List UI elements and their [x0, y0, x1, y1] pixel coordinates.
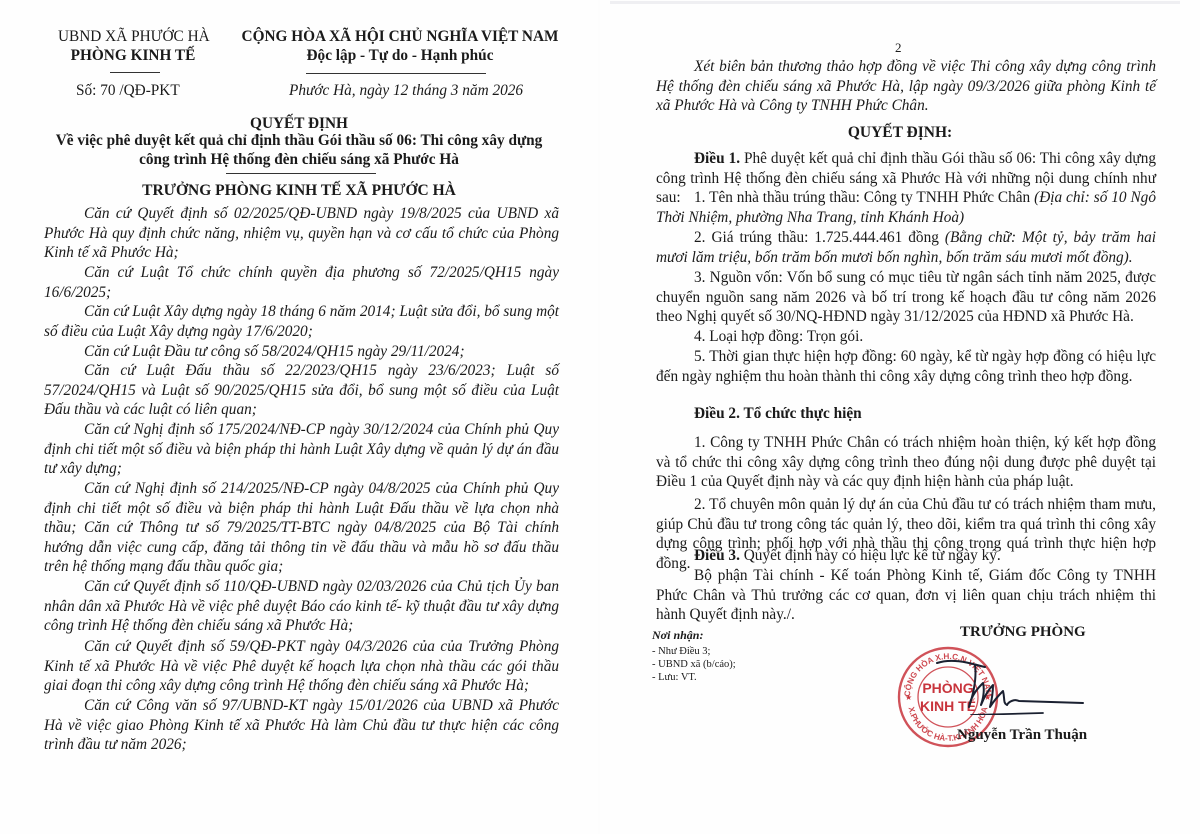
legal-basis-text: Căn cứ Luật Đầu tư công số 58/2024/QH15 … — [84, 343, 465, 360]
legal-basis-paragraph: Căn cứ Luật Đấu thầu số 22/2023/QH15 ngà… — [44, 361, 559, 420]
article-1-item-text: 1. Tên nhà thầu trúng thầu: Công ty TNHH… — [694, 189, 1034, 206]
document-page-1: UBND XÃ PHƯỚC HÀ PHÒNG KINH TẾ CỘNG HÒA … — [0, 0, 598, 834]
article-1-item-text: 4. Loại hợp đồng: Trọn gói. — [694, 328, 863, 345]
legal-basis-text: Căn cứ Luật Đấu thầu số 22/2023/QH15 ngà… — [44, 362, 559, 418]
article-1-item: 2. Giá trúng thầu: 1.725.444.461 đồng (B… — [656, 228, 1156, 267]
legal-basis-paragraph: Căn cứ Công văn số 97/UBND-KT ngày 15/01… — [44, 696, 559, 755]
document-title: QUYẾT ĐỊNH — [0, 115, 598, 133]
article-2-heading: Điều 2. Tổ chức thực hiện — [656, 404, 1156, 424]
legal-basis-paragraph: Căn cứ Quyết định số 59/QĐ-PKT ngày 04/3… — [44, 637, 559, 696]
document-number: Số: 70 /QĐ-PKT — [76, 82, 180, 100]
header-rule-left — [110, 72, 160, 73]
article-2-label: Điều 2. Tổ chức thực hiện — [694, 405, 862, 422]
article-2-item-1: 1. Công ty TNHH Phức Chân có trách nhiệm… — [656, 433, 1156, 492]
legal-basis-text: Căn cứ Quyết định số 02/2025/QĐ-UBND ngà… — [44, 205, 559, 261]
execution-paragraph: Bộ phận Tài chính - Kế toán Phòng Kinh t… — [656, 566, 1156, 625]
legal-basis-text: Căn cứ Thông tư số 79/2025/TT-BTC ngày 0… — [44, 519, 559, 575]
document-date: Phước Hà, ngày 12 tháng 3 năm 2026 — [289, 82, 523, 100]
legal-basis-paragraph: Căn cứ Luật Đầu tư công số 58/2024/QH15 … — [44, 342, 559, 362]
svg-text:★: ★ — [905, 693, 912, 702]
legal-basis-paragraph: Căn cứ Thông tư số 79/2025/TT-BTC ngày 0… — [44, 518, 559, 577]
national-motto: Độc lập - Tự do - Hạnh phúc — [240, 47, 560, 65]
document-subject-line-1: Về việc phê duyệt kết quả chỉ định thầu … — [0, 132, 598, 150]
title-rule — [226, 173, 376, 174]
page-edge — [610, 1, 1180, 4]
article-2-item-1-text: 1. Công ty TNHH Phức Chân có trách nhiệm… — [656, 434, 1156, 490]
consideration-paragraph: Xét biên bản thương thảo hợp đồng về việ… — [656, 57, 1156, 116]
article-1-item: 3. Nguồn vốn: Vốn bổ sung có mục tiêu từ… — [656, 268, 1156, 327]
execution-text: Bộ phận Tài chính - Kế toán Phòng Kinh t… — [656, 567, 1156, 623]
legal-basis-paragraph: Căn cứ Quyết định số 02/2025/QĐ-UBND ngà… — [44, 204, 559, 263]
issuing-authority: UBND XÃ PHƯỚC HÀ — [58, 28, 208, 46]
article-3: Điều 3. Quyết định này có hiệu lực kể từ… — [656, 546, 1156, 566]
legal-basis-paragraph: Căn cứ Nghị định số 175/2024/NĐ-CP ngày … — [44, 420, 559, 479]
article-1-label: Điều 1. — [694, 150, 740, 167]
national-title: CỘNG HÒA XÃ HỘI CHỦ NGHĨA VIỆT NAM — [240, 28, 560, 46]
decision-label: QUYẾT ĐỊNH: — [600, 124, 1200, 142]
article-1-item: 5. Thời gian thực hiện hợp đồng: 60 ngày… — [656, 347, 1156, 386]
recipient-item: - Như Điều 3; — [652, 646, 710, 657]
legal-basis-text: Căn cứ Quyết định số 59/QĐ-PKT ngày 04/3… — [44, 638, 559, 694]
article-3-text: Quyết định này có hiệu lực kể từ ngày ký… — [740, 547, 1001, 564]
authority-heading: TRƯỞNG PHÒNG KINH TẾ XÃ PHƯỚC HÀ — [0, 182, 598, 200]
legal-basis-text: Căn cứ Công văn số 97/UBND-KT ngày 15/01… — [44, 697, 559, 753]
issuing-department: PHÒNG KINH TẾ — [58, 47, 208, 65]
article-1-item: 4. Loại hợp đồng: Trọn gói. — [656, 327, 1156, 347]
legal-basis-paragraph: Căn cứ Luật Xây dựng ngày 18 tháng 6 năm… — [44, 302, 559, 341]
handwritten-signature — [935, 655, 1085, 715]
signer-name: Nguyễn Trần Thuận — [957, 727, 1087, 744]
signer-title: TRƯỞNG PHÒNG — [960, 624, 1086, 641]
article-3-label: Điều 3. — [694, 547, 740, 564]
consideration-text: Xét biên bản thương thảo hợp đồng về việ… — [656, 58, 1156, 114]
recipients-title: Nơi nhận: — [652, 628, 703, 643]
header-rule-right — [306, 73, 486, 74]
legal-basis-paragraph: Căn cứ Quyết định số 110/QĐ-UBND ngày 02… — [44, 577, 559, 636]
document-subject-line-2: công trình Hệ thống đèn chiếu sáng xã Ph… — [0, 151, 598, 169]
article-1-item-text: 3. Nguồn vốn: Vốn bổ sung có mục tiêu từ… — [656, 269, 1156, 325]
legal-basis-paragraph: Căn cứ Luật Tổ chức chính quyền địa phươ… — [44, 263, 559, 302]
article-1-item-text: 5. Thời gian thực hiện hợp đồng: 60 ngày… — [656, 348, 1156, 385]
page-number: 2 — [895, 40, 902, 56]
recipient-item: - UBND xã (b/cáo); — [652, 659, 736, 670]
legal-basis-text: Căn cứ Nghị định số 175/2024/NĐ-CP ngày … — [44, 421, 559, 477]
recipient-item: - Lưu: VT. — [652, 672, 697, 683]
article-1-item: 1. Tên nhà thầu trúng thầu: Công ty TNHH… — [656, 188, 1156, 227]
legal-basis-text: Căn cứ Luật Tổ chức chính quyền địa phươ… — [44, 264, 559, 301]
legal-basis-text: Căn cứ Luật Xây dựng ngày 18 tháng 6 năm… — [44, 303, 559, 340]
legal-basis-text: Căn cứ Quyết định số 110/QĐ-UBND ngày 02… — [44, 578, 559, 634]
article-1-item-text: 2. Giá trúng thầu: 1.725.444.461 đồng — [694, 229, 945, 246]
